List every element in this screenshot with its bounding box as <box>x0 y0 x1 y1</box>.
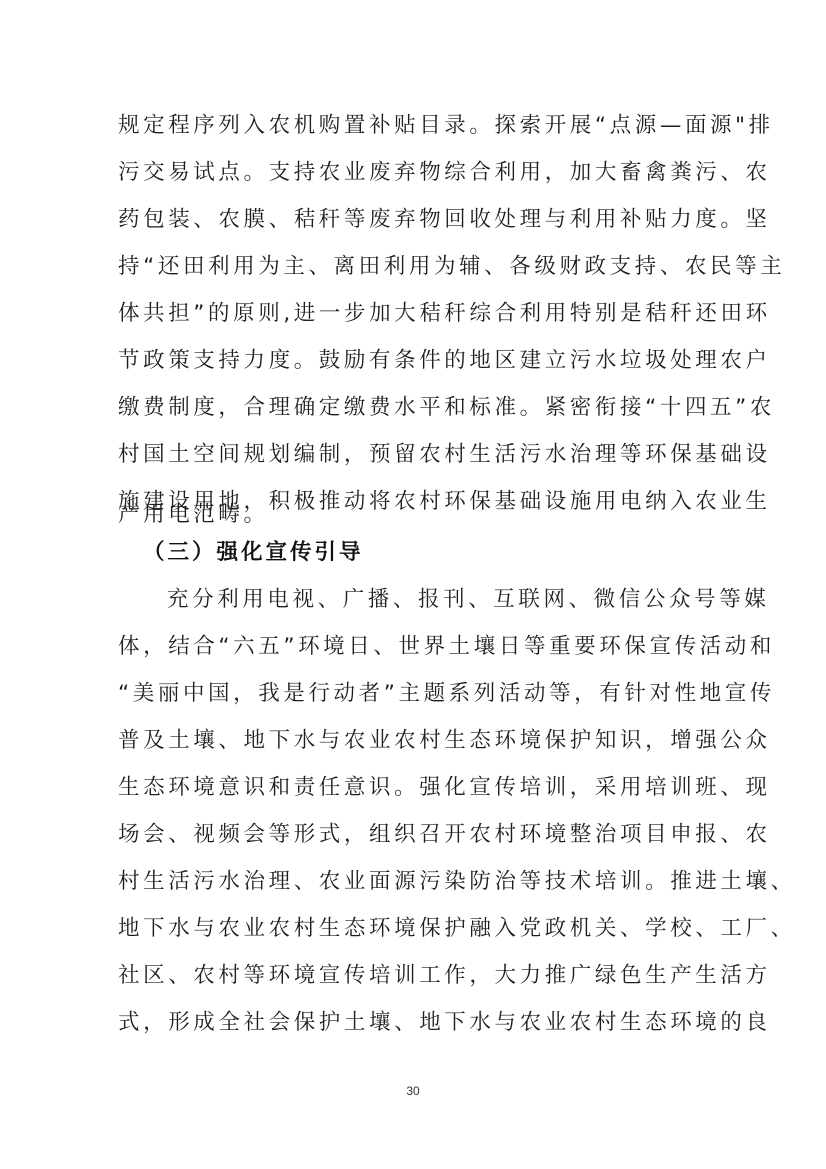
text-line: 普及土壤、地下水与农业农村生态环境保护知识，增强公众 <box>118 726 718 773</box>
text-line: 式，形成全社会保护土壤、地下水与农业农村生态环境的良 <box>118 1008 718 1055</box>
text-line: 缴费制度，合理确定缴费水平和标准。紧密衔接“十四五”农 <box>118 393 718 440</box>
text-line: “美丽中国，我是行动者”主题系列活动等，有针对性地宣传 <box>118 679 718 726</box>
text-line: 社区、农村等环境宣传培训工作，大力推广绿色生产生活方 <box>118 961 718 1008</box>
text-line: 体，结合“六五”环境日、世界土壤日等重要环保宣传活动和 <box>118 632 718 679</box>
text-line: 药包装、农膜、秸秆等废弃物回收处理与利用补贴力度。坚 <box>118 205 718 252</box>
text-line: 地下水与农业农村生态环境保护融入党政机关、学校、工厂、 <box>118 914 718 961</box>
text-line: 村国土空间规划编制，预留农村生活污水治理等环保基础设 <box>118 440 718 487</box>
text-line: 充分利用电视、广播、报刊、互联网、微信公众号等媒 <box>167 585 767 632</box>
text-line: 村生活污水治理、农业面源污染防治等技术培训。推进土壤、 <box>118 867 718 914</box>
text-line: 体共担”的原则,进一步加大秸秆综合利用特别是秸秆还田环 <box>118 299 718 346</box>
text-line: 规定程序列入农机购置补贴目录。探索开展“点源—面源"排 <box>118 111 718 158</box>
text-line: 场会、视频会等形式，组织召开农村环境整治项目申报、农 <box>118 820 718 867</box>
page-number: 30 <box>0 1084 826 1098</box>
text-line: 持“还田利用为主、离田利用为辅、各级财政支持、农民等主 <box>118 252 718 299</box>
text-line: 生态环境意识和责任意识。强化宣传培训，采用培训班、现 <box>118 773 718 820</box>
text-line: 污交易试点。支持农业废弃物综合利用，加大畜禽粪污、农 <box>118 158 718 205</box>
document-page: 规定程序列入农机购置补贴目录。探索开展“点源—面源"排 污交易试点。支持农业废弃… <box>0 0 826 1169</box>
text-line: 节政策支持力度。鼓励有条件的地区建立污水垃圾处理农户 <box>118 346 718 393</box>
section-heading: （三）强化宣传引导 <box>143 538 364 568</box>
